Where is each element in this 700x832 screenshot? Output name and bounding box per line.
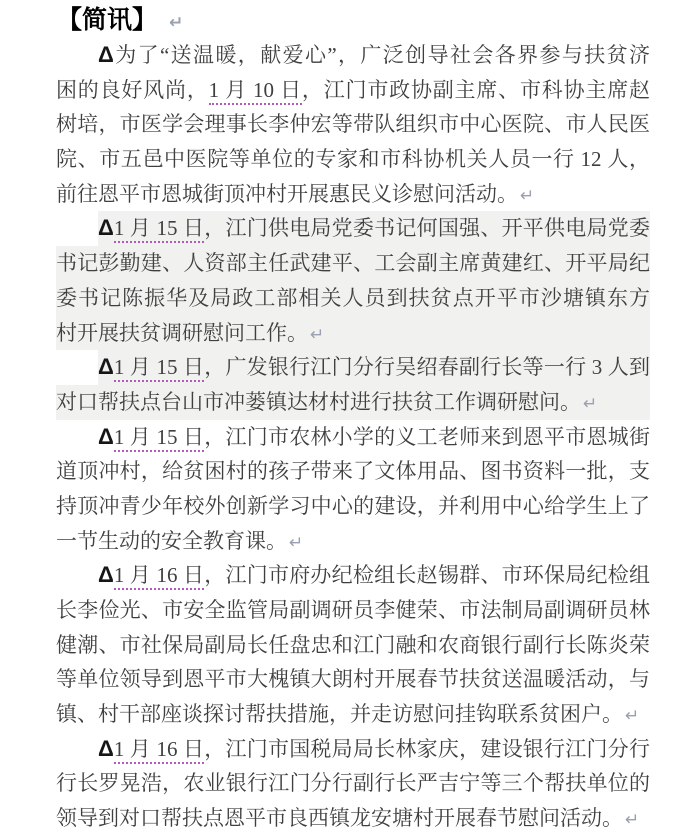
paragraph-mark-icon: ↵ <box>167 13 183 33</box>
paragraph-mark-icon: ↵ <box>308 325 324 345</box>
paragraph-mark-icon: ↵ <box>623 706 639 726</box>
text-run: ，江门供电局党委书记何国强、开平供电局党委 <box>204 216 650 240</box>
date-underlined: 1 月 15 日 <box>114 355 204 382</box>
text-run: 对口帮扶点台山市冲蒌镇达材村进行扶贫工作调研慰问。 <box>56 390 581 414</box>
section-title: 【简讯】↵ <box>0 0 700 38</box>
text-run: 健潮、市社保局副局长任盘忠和江门融和农商银行副行长陈炎荣 <box>56 633 650 657</box>
text-line: 领导到对口帮扶点恩平市良西镇龙安塘村开展春节慰问活动。↵ <box>56 801 650 832</box>
document-body: Δ为了“送温暖，献爱心”，广泛创导社会各界参与扶贫济困的良好风尚，1 月 10 … <box>56 38 650 832</box>
text-line: Δ1 月 16 日，江门市国税局局长林家庆，建设银行江门分行 <box>56 732 650 767</box>
text-line: 困的良好风尚，1 月 10 日，江门市政协副主席、市科协主席赵 <box>56 73 650 108</box>
paragraph: Δ1 月 16 日，江门市国税局局长林家庆，建设银行江门分行行长罗晃浩，农业银行… <box>56 732 650 832</box>
text-run: 道顶冲村，给贫困村的孩子带来了文体用品、图书资料一批，支 <box>56 459 650 483</box>
text-line: 院、市五邑中医院等单位的专家和市科协机关人员一行 12 人， <box>56 142 650 177</box>
text-line: Δ为了“送温暖，献爱心”，广泛创导社会各界参与扶贫济 <box>56 38 650 73</box>
paragraph: Δ1 月 15 日，广发银行江门分行吴绍春副行长等一行 3 人到对口帮扶点台山市… <box>56 350 650 419</box>
text-line: 镇、村干部座谈探讨帮扶措施，并走访慰问挂钩联系贫困户。↵ <box>56 697 650 732</box>
text-line: 持顶冲青少年校外创新学习中心的建设，并利用中心给学生上了 <box>56 489 650 524</box>
paragraph-mark-icon: ↵ <box>287 533 303 553</box>
text-line: Δ1 月 15 日，广发银行江门分行吴绍春副行长等一行 3 人到 <box>56 350 650 385</box>
document-page: 【简讯】↵ Δ为了“送温暖，献爱心”，广泛创导社会各界参与扶贫济困的良好风尚，1… <box>0 0 700 832</box>
text-line: 村开展扶贫调研慰问工作。↵ <box>56 316 650 351</box>
text-run: 行长罗晃浩，农业银行江门分行副行长严吉宁等三个帮扶单位的 <box>56 771 650 795</box>
paragraph-mark-icon: ↵ <box>623 810 639 830</box>
paragraph: Δ1 月 15 日，江门市农林小学的义工老师来到恩平市恩城街道顶冲村，给贫困村的… <box>56 420 650 559</box>
date-underlined: 1 月 10 日 <box>209 78 302 105</box>
date-underlined: 1 月 16 日 <box>114 737 204 764</box>
paragraph-mark-icon: ↵ <box>581 394 597 414</box>
text-run: 持顶冲青少年校外创新学习中心的建设，并利用中心给学生上了 <box>56 494 650 518</box>
text-run: 书记彭勤建、人资部主任武建平、工会副主席黄建红、开平局纪 <box>56 251 650 275</box>
text-line: 等单位领导到恩平市大槐镇大朗村开展春节扶贫送温暖活动，与 <box>56 662 650 697</box>
text-run: 领导到对口帮扶点恩平市良西镇龙安塘村开展春节慰问活动。 <box>56 806 623 830</box>
text-line: 树培，市医学会理事长李仲宏等带队组织市中心医院、市人民医 <box>56 107 650 142</box>
text-line: 前往恩平市恩城街顶冲村开展惠民义诊慰问活动。↵ <box>56 177 650 212</box>
text-run: ，广发银行江门分行吴绍春副行长等一行 3 人到 <box>204 355 650 379</box>
text-run: 镇、村干部座谈探讨帮扶措施，并走访慰问挂钩联系贫困户。 <box>56 702 623 726</box>
text-line: 行长罗晃浩，农业银行江门分行副行长严吉宁等三个帮扶单位的 <box>56 766 650 801</box>
text-run: 前往恩平市恩城街顶冲村开展惠民义诊慰问活动。 <box>56 182 518 206</box>
text-run: 困的良好风尚， <box>56 78 209 102</box>
date-underlined: 1 月 15 日 <box>114 216 204 243</box>
date-underlined: 1 月 16 日 <box>114 563 204 590</box>
paragraph-mark-icon: ↵ <box>518 186 534 206</box>
text-run: 长李俭光、市安全监管局副调研员李健荣、市法制局副调研员林 <box>56 598 650 622</box>
text-run: 一节生动的安全教育课。 <box>56 529 287 553</box>
delta-bullet: Δ <box>98 354 114 379</box>
text-run: 为了“送温暖，献爱心”，广泛创导社会各界参与扶贫济 <box>114 43 650 67</box>
text-run: ，江门市府办纪检组长赵锡群、市环保局纪检组 <box>204 563 650 587</box>
text-run: 等单位领导到恩平市大槐镇大朗村开展春节扶贫送温暖活动，与 <box>56 667 650 691</box>
paragraph: Δ1 月 16 日，江门市府办纪检组长赵锡群、市环保局纪检组长李俭光、市安全监管… <box>56 558 650 731</box>
text-run: ，江门市国税局局长林家庆，建设银行江门分行 <box>204 737 650 761</box>
text-run: 村开展扶贫调研慰问工作。 <box>56 321 308 345</box>
text-line: 书记彭勤建、人资部主任武建平、工会副主席黄建红、开平局纪 <box>56 246 650 281</box>
delta-bullet: Δ <box>98 736 114 761</box>
paragraph: Δ1 月 15 日，江门供电局党委书记何国强、开平供电局党委书记彭勤建、人资部主… <box>56 211 650 350</box>
text-line: Δ1 月 15 日，江门供电局党委书记何国强、开平供电局党委 <box>56 211 650 246</box>
text-line: 道顶冲村，给贫困村的孩子带来了文体用品、图书资料一批，支 <box>56 454 650 489</box>
section-title-text: 【简讯】 <box>57 7 157 34</box>
delta-bullet: Δ <box>98 424 114 449</box>
text-run: 树培，市医学会理事长李仲宏等带队组织市中心医院、市人民医 <box>56 112 650 136</box>
text-run: 委书记陈振华及局政工部相关人员到扶贫点开平市沙塘镇东方 <box>56 286 650 310</box>
text-line: 一节生动的安全教育课。↵ <box>56 524 650 559</box>
delta-bullet: Δ <box>98 42 114 67</box>
text-run: 院、市五邑中医院等单位的专家和市科协机关人员一行 12 人， <box>56 147 650 171</box>
text-line: 长李俭光、市安全监管局副调研员李健荣、市法制局副调研员林 <box>56 593 650 628</box>
date-underlined: 1 月 15 日 <box>114 425 204 452</box>
text-line: 对口帮扶点台山市冲蒌镇达材村进行扶贫工作调研慰问。↵ <box>56 385 650 420</box>
text-run: ，江门市农林小学的义工老师来到恩平市恩城街 <box>204 425 650 449</box>
delta-bullet: Δ <box>98 562 114 587</box>
delta-bullet: Δ <box>98 215 114 240</box>
text-line: 委书记陈振华及局政工部相关人员到扶贫点开平市沙塘镇东方 <box>56 281 650 316</box>
text-line: Δ1 月 16 日，江门市府办纪检组长赵锡群、市环保局纪检组 <box>56 558 650 593</box>
text-run: ，江门市政协副主席、市科协主席赵 <box>302 78 650 102</box>
paragraph: Δ为了“送温暖，献爱心”，广泛创导社会各界参与扶贫济困的良好风尚，1 月 10 … <box>56 38 650 211</box>
text-line: 健潮、市社保局副局长任盘忠和江门融和农商银行副行长陈炎荣 <box>56 628 650 663</box>
text-line: Δ1 月 15 日，江门市农林小学的义工老师来到恩平市恩城街 <box>56 420 650 455</box>
